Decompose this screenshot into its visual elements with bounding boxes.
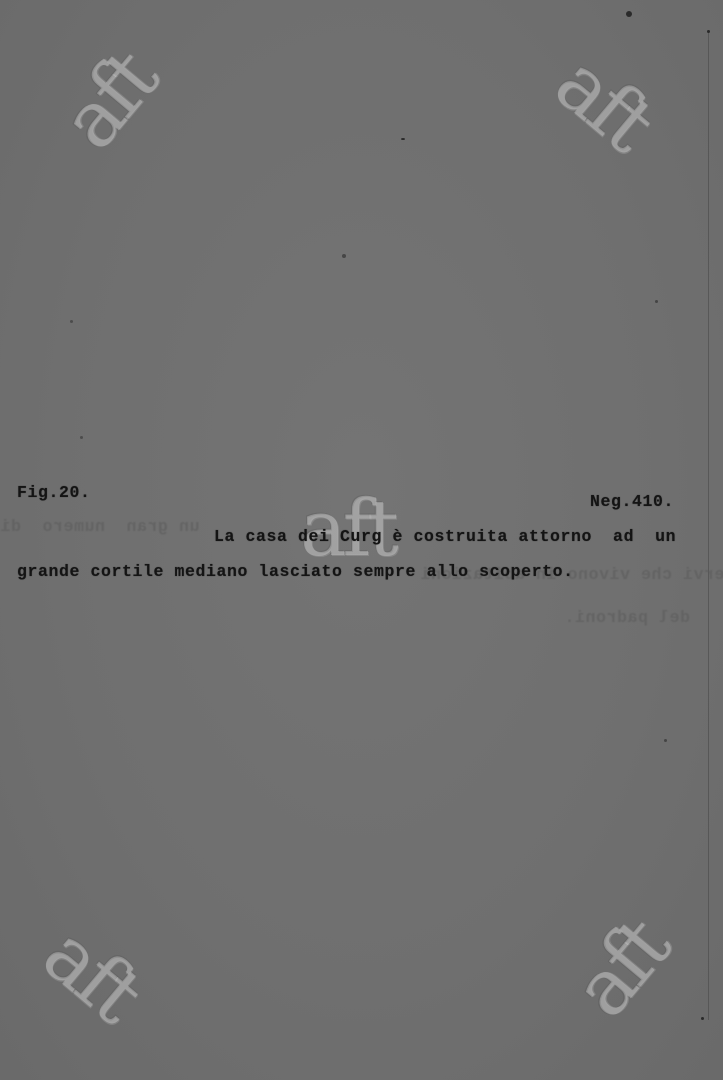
dust-speck bbox=[626, 11, 632, 17]
dust-speck bbox=[701, 1017, 704, 1020]
figure-label: Fig.20. bbox=[17, 483, 91, 502]
dust-speck bbox=[70, 320, 73, 323]
bleed-through-line: del padroni. bbox=[564, 608, 690, 627]
negative-label: Neg.410. bbox=[590, 492, 674, 511]
dust-speck bbox=[401, 138, 405, 140]
watermark-top-left: aft bbox=[49, 40, 170, 163]
watermark-top-right: aft bbox=[542, 43, 665, 164]
page-edge-line bbox=[708, 32, 709, 1020]
bleed-through-line: un gran numero di bbox=[0, 517, 200, 536]
watermark-bottom-right: aft bbox=[561, 908, 682, 1031]
dust-speck bbox=[707, 30, 710, 33]
dust-speck bbox=[80, 436, 83, 439]
dust-speck bbox=[342, 254, 346, 258]
caption-line-2: grande cortile mediano lasciato sempre a… bbox=[17, 562, 574, 581]
dust-speck bbox=[664, 739, 667, 742]
watermark-bottom-left: aft bbox=[30, 914, 153, 1035]
caption-line-1: La casa dei Curg è costruita attorno ad … bbox=[214, 527, 676, 546]
scanned-document-page: aft aft aft aft aft un gran numero di se… bbox=[0, 0, 723, 1080]
dust-speck bbox=[655, 300, 658, 303]
